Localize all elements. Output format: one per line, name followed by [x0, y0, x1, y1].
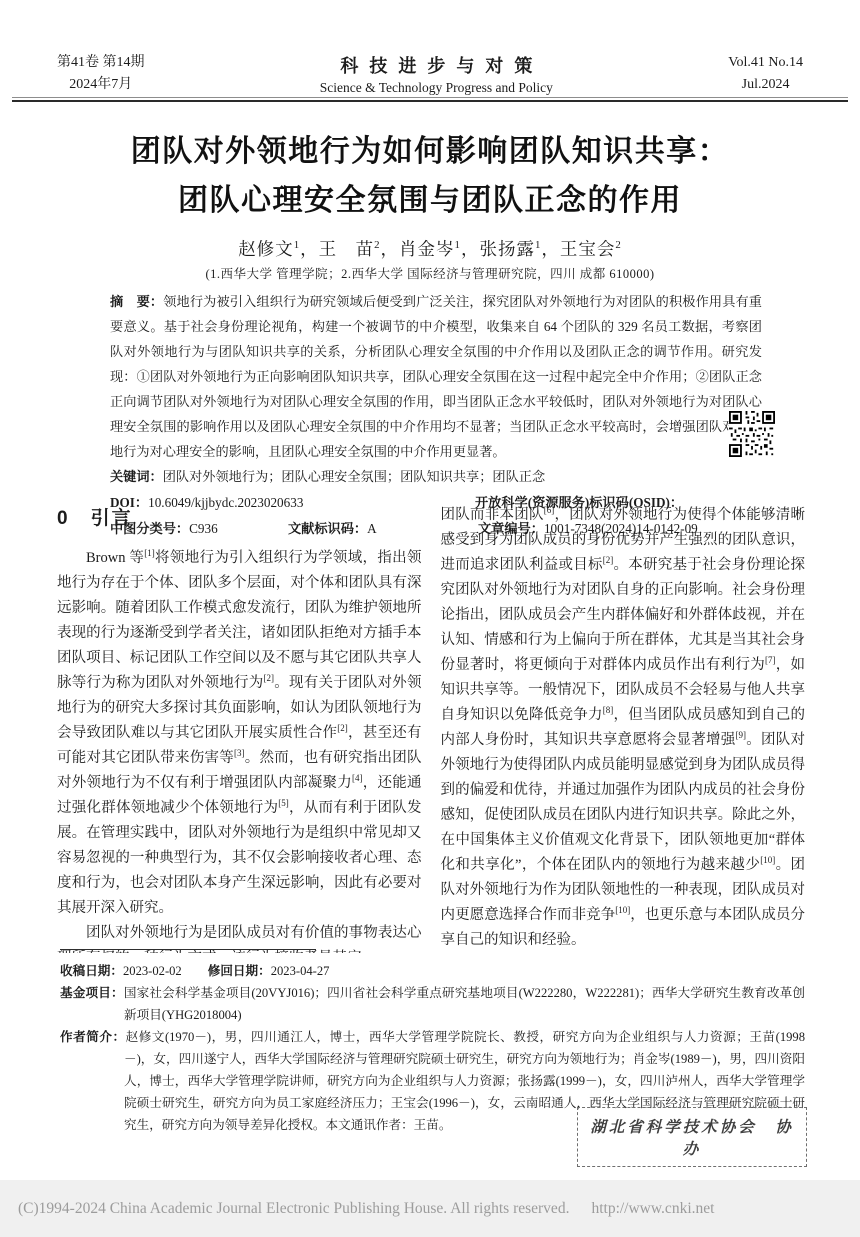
- fund-label: 基金项目：: [60, 986, 124, 1000]
- journal-header-right: Vol.41 No.14 Jul.2024: [728, 52, 803, 96]
- volume-issue-cn: 第41卷 第14期: [57, 52, 145, 74]
- bio-label: 作者简介：: [60, 1030, 126, 1044]
- abstract-text: 领地行为被引入组织行为研究领域后便受到广泛关注，探究团队对外领地行为对团队的积极…: [110, 294, 762, 459]
- association-stamp: 湖北省科学技术协会 协办: [577, 1107, 807, 1167]
- keywords-row: 关键词：团队对外领地行为；团队心理安全氛围；团队知识共享；团队正念: [110, 464, 762, 490]
- authors-line: 赵修文1，王 苗2，肖金岑1，张扬露1，王宝会2: [0, 236, 860, 261]
- keywords-label: 关键词：: [110, 469, 163, 484]
- article-title-line2: 团队心理安全氛围与团队正念的作用: [0, 176, 860, 225]
- dates-row: 收稿日期：2023-02-02修回日期：2023-04-27: [60, 960, 805, 982]
- body-column-left: 0 引言 Brown 等[1]将领地行为引入组织行为学领域，指出领地行为存在于个…: [57, 503, 422, 953]
- cnki-url: http://www.cnki.net: [591, 1200, 714, 1218]
- received-date: 2023-02-02: [123, 964, 182, 978]
- cnki-footer-bar: (C)1994-2024 China Academic Journal Elec…: [0, 1180, 860, 1237]
- keywords-text: 团队对外领地行为；团队心理安全氛围；团队知识共享；团队正念: [163, 469, 545, 484]
- article-title-line1: 团队对外领地行为如何影响团队知识共享：: [0, 127, 860, 176]
- paper-page: 第41卷 第14期 2024年7月 科技进步与对策 Science & Tech…: [0, 0, 860, 1237]
- footnote-divider: [60, 949, 316, 950]
- received-label: 收稿日期：: [60, 964, 123, 978]
- volume-issue-en: Vol.41 No.14: [728, 52, 803, 74]
- date-en: Jul.2024: [728, 74, 803, 96]
- body-column-right: 团队而非本团队[6]，团队对外领地行为使得个体能够清晰感受到身为团队成员的身份优…: [441, 503, 806, 953]
- journal-header: 第41卷 第14期 2024年7月 科技进步与对策 Science & Tech…: [57, 52, 803, 96]
- journal-header-center: 科技进步与对策 Science & Technology Progress an…: [145, 52, 729, 96]
- abstract-label: 摘 要：: [110, 294, 163, 309]
- revised-date: 2023-04-27: [271, 964, 330, 978]
- date-cn: 2024年7月: [57, 74, 145, 96]
- article-title: 团队对外领地行为如何影响团队知识共享： 团队心理安全氛围与团队正念的作用: [0, 127, 860, 225]
- fund-text: 国家社会科学基金项目(20VYJ016)；四川省社会科学重点研究基地项目(W22…: [124, 986, 805, 1022]
- body-columns: 0 引言 Brown 等[1]将领地行为引入组织行为学领域，指出领地行为存在于个…: [57, 503, 805, 953]
- section-0-heading: 0 引言: [57, 506, 422, 531]
- journal-header-left: 第41卷 第14期 2024年7月: [57, 52, 145, 96]
- osid-qr-code-icon: [729, 411, 775, 457]
- abstract-paragraph: 摘 要：领地行为被引入组织行为研究领域后便受到广泛关注，探究团队对外领地行为对团…: [110, 289, 762, 464]
- copyright-text: (C)1994-2024 China Academic Journal Elec…: [18, 1200, 569, 1218]
- journal-title-en: Science & Technology Progress and Policy: [145, 80, 729, 96]
- journal-title-cn: 科技进步与对策: [145, 52, 729, 78]
- intro-paragraph-1: Brown 等[1]将领地行为引入组织行为学领域，指出领地行为存在于个体、团队多…: [57, 546, 422, 921]
- fund-row: 基金项目：国家社会科学基金项目(20VYJ016)；四川省社会科学重点研究基地项…: [60, 982, 805, 1026]
- affiliation-line: (1.西华大学 管理学院；2.西华大学 国际经济与管理研究院，四川 成都 610…: [0, 264, 860, 282]
- intro-paragraph-2-continued: 团队而非本团队[6]，团队对外领地行为使得个体能够清晰感受到身为团队成员的身份优…: [441, 503, 806, 953]
- revised-label: 修回日期：: [208, 964, 271, 978]
- header-divider: [12, 97, 848, 102]
